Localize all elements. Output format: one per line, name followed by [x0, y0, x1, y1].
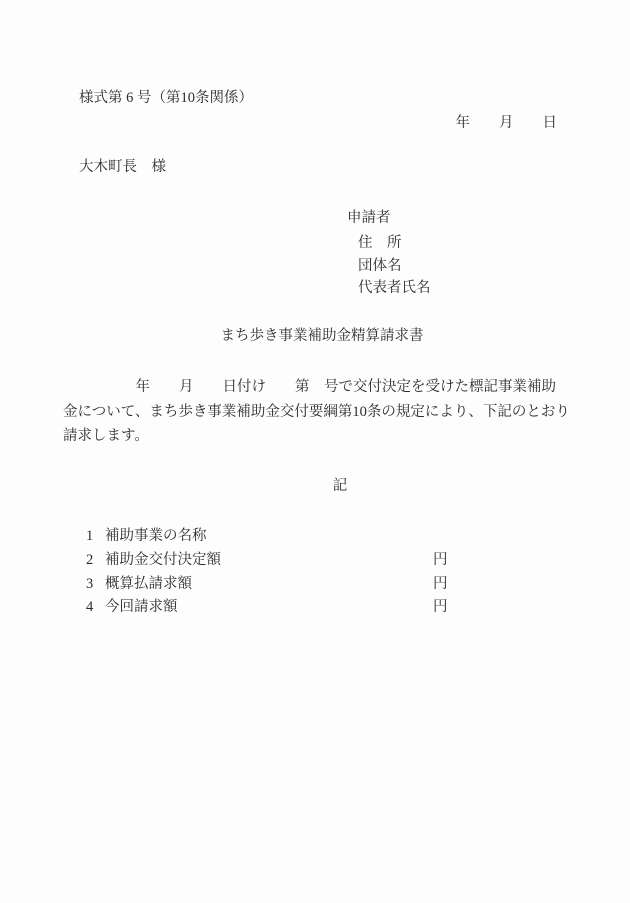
applicant-address-label: 住 所 [358, 234, 402, 252]
applicant-organization-label: 団体名 [358, 257, 402, 275]
document-page: 様式第 6 号（第10条関係） 年 月 日 大木町長 様 申請者 住 所 団体名… [0, 0, 630, 903]
item-number: 4 [86, 598, 93, 616]
item-number: 1 [86, 527, 93, 545]
item-number: 2 [86, 551, 93, 569]
item-label: 補助金交付決定額 [105, 551, 221, 569]
recipient-line: 大木町長 様 [79, 158, 166, 176]
item-label: 補助事業の名称 [105, 527, 207, 545]
item-label: 概算払請求額 [105, 575, 192, 593]
body-paragraph: 年 月 日付け 第 号で交付決定を受けた標記事業補助 金について、まち歩き事業補… [63, 375, 583, 449]
body-paragraph-line: 年 月 日付け 第 号で交付決定を受けた標記事業補助 [63, 375, 583, 400]
record-marker: 記 [25, 477, 630, 495]
item-number: 3 [86, 575, 93, 593]
list-item: 2 補助金交付決定額 円 [0, 551, 630, 571]
body-paragraph-line: 金について、まち歩き事業補助金交付要綱第10条の規定により、下記のとおり [63, 400, 583, 425]
body-paragraph-line: 請求します。 [63, 424, 583, 449]
item-label: 今回請求額 [105, 598, 178, 616]
form-number-label: 様式第 6 号（第10条関係） [79, 89, 253, 107]
list-item: 4 今回請求額 円 [0, 598, 630, 618]
item-unit: 円 [433, 551, 448, 569]
date-line: 年 月 日 [63, 114, 568, 132]
applicant-representative-label: 代表者氏名 [358, 279, 431, 297]
item-unit: 円 [433, 575, 448, 593]
item-unit: 円 [433, 598, 448, 616]
applicant-heading: 申請者 [347, 209, 391, 227]
document-title: まち歩き事業補助金精算請求書 [7, 327, 630, 345]
list-item: 1 補助事業の名称 [0, 527, 630, 547]
list-item: 3 概算払請求額 円 [0, 575, 630, 595]
